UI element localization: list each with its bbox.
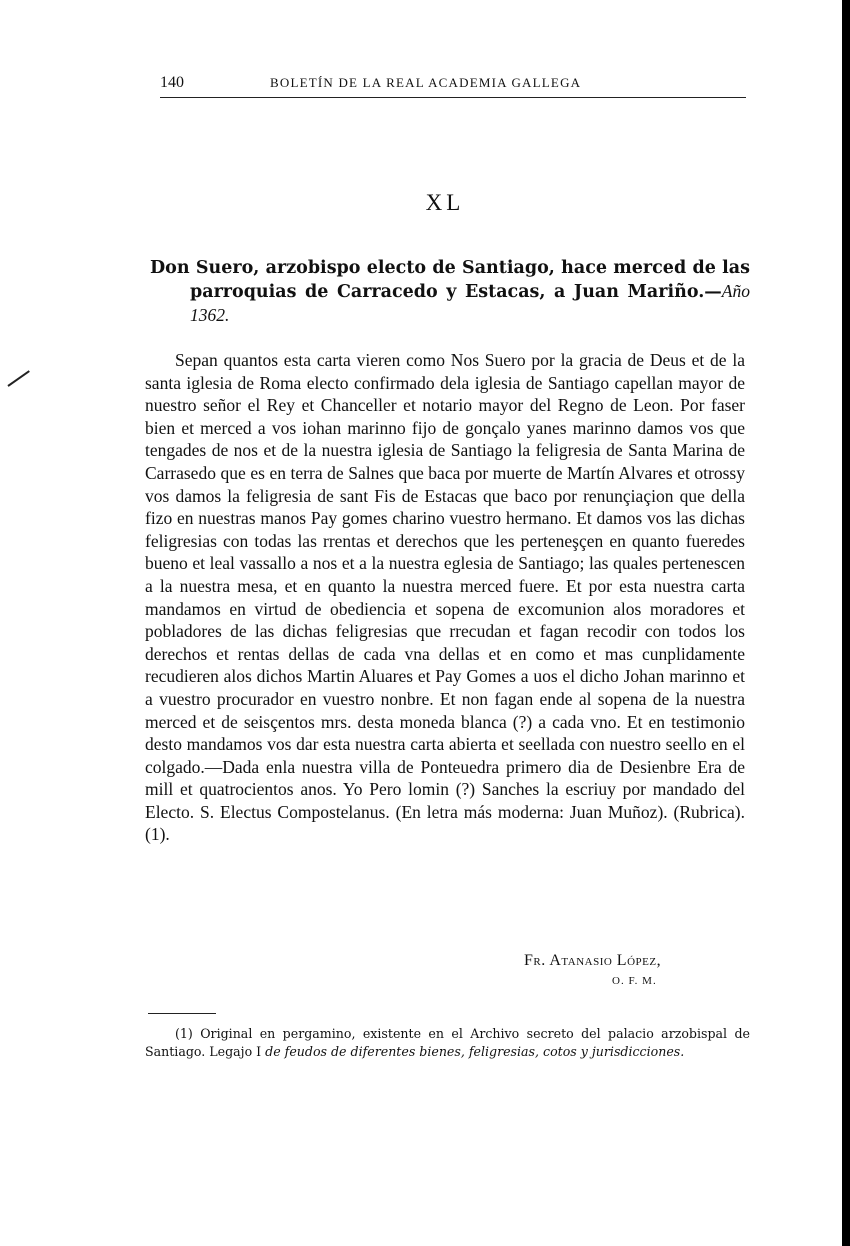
header-rule [160, 97, 746, 98]
footnote-number: (1) [175, 1026, 193, 1041]
footnote: (1) Original en pergamino, existente en … [145, 1025, 750, 1061]
body-paragraph: Sepan quantos esta carta vieren como Nos… [145, 349, 745, 846]
document-number: XL [0, 190, 850, 216]
title-text: Don Suero, arzobispo electo de Santiago,… [150, 258, 750, 302]
document-title: Don Suero, arzobispo electo de Santiago,… [150, 257, 750, 328]
margin-pencil-mark [7, 370, 29, 387]
running-title: BOLETÍN DE LA REAL ACADEMIA GALLEGA [270, 75, 581, 91]
author-order: O. F. M. [612, 975, 657, 987]
document-body: Sepan quantos esta carta vieren como Nos… [145, 349, 745, 846]
page-header: 140 BOLETÍN DE LA REAL ACADEMIA GALLEGA [160, 74, 746, 92]
footnote-rule [148, 1013, 216, 1014]
scan-border [842, 0, 850, 1246]
page-number: 140 [160, 74, 270, 92]
footnote-italic-text: de feudos de diferentes bienes, feligres… [265, 1044, 684, 1059]
author-signature: Fr. Atanasio López, [524, 952, 661, 970]
